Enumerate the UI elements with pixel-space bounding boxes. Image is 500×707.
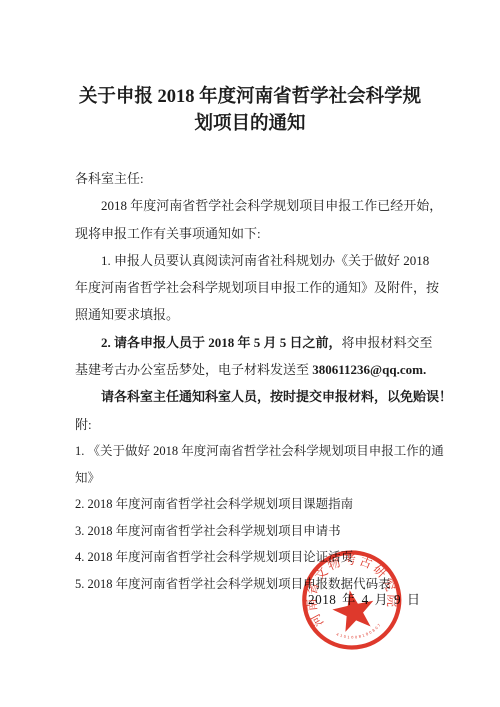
stamp-graphic: 河南省文物考古研究院 4101008180807 — [289, 538, 415, 664]
item1-line-3: 照通知要求填报。 — [75, 301, 429, 328]
item2-email-bold: 380611236@qq.com. — [312, 362, 426, 377]
official-stamp: 河南省文物考古研究院 4101008180807 — [289, 538, 415, 664]
reminder-line: 请各科室主任通知科室人员，按时提交申报材料，以免贻误！ — [75, 383, 429, 410]
intro-line-2: 现将申报工作有关事项通知如下: — [75, 220, 429, 247]
item2-line1-rest: 将申报材料交至 — [342, 335, 433, 350]
item2-line2-text: 基建考古办公室岳梦处，电子材料发送至 — [75, 362, 312, 377]
attachment-1-line-1: 1. 《关于做好 2018 年度河南省哲学社会科学规划项目申报工作的通 — [75, 438, 429, 465]
item1-line-2: 年度河南省哲学社会科学规划项目申报工作的通知》及附件，按 — [75, 274, 429, 301]
notice-title-line2: 划项目的通知 — [58, 111, 442, 138]
item2-line-2: 基建考古办公室岳梦处，电子材料发送至 380611236@qq.com. — [75, 356, 429, 383]
attachments-label: 附: — [75, 411, 429, 438]
salutation: 各科室主任: — [75, 165, 429, 192]
notice-body: 各科室主任: 2018 年度河南省哲学社会科学规划项目申报工作已经开始， 现将申… — [75, 165, 429, 598]
attachment-2: 2. 2018 年度河南省哲学社会科学规划项目课题指南 — [75, 491, 429, 518]
attachment-3: 3. 2018 年度河南省哲学社会科学规划项目申请书 — [75, 518, 429, 545]
item2-line-1: 2. 请各申报人员于 2018 年 5 月 5 日之前，将申报材料交至 — [75, 329, 429, 356]
intro-line-1: 2018 年度河南省哲学社会科学规划项目申报工作已经开始， — [75, 192, 429, 219]
item2-deadline-bold: 2. 请各申报人员于 2018 年 5 月 5 日之前， — [101, 335, 342, 350]
item1-line-1: 1. 申报人员要认真阅读河南省社科规划办《关于做好 2018 — [75, 247, 429, 274]
notice-title: 关于申报 2018 年度河南省哲学社会科学规 划项目的通知 — [58, 84, 442, 138]
attachment-1-line-2: 知》 — [75, 465, 429, 492]
document-page: 关于申报 2018 年度河南省哲学社会科学规 划项目的通知 各科室主任: 201… — [0, 0, 500, 707]
stamp-star-icon — [329, 586, 378, 634]
notice-title-line1: 关于申报 2018 年度河南省哲学社会科学规 — [58, 84, 442, 111]
